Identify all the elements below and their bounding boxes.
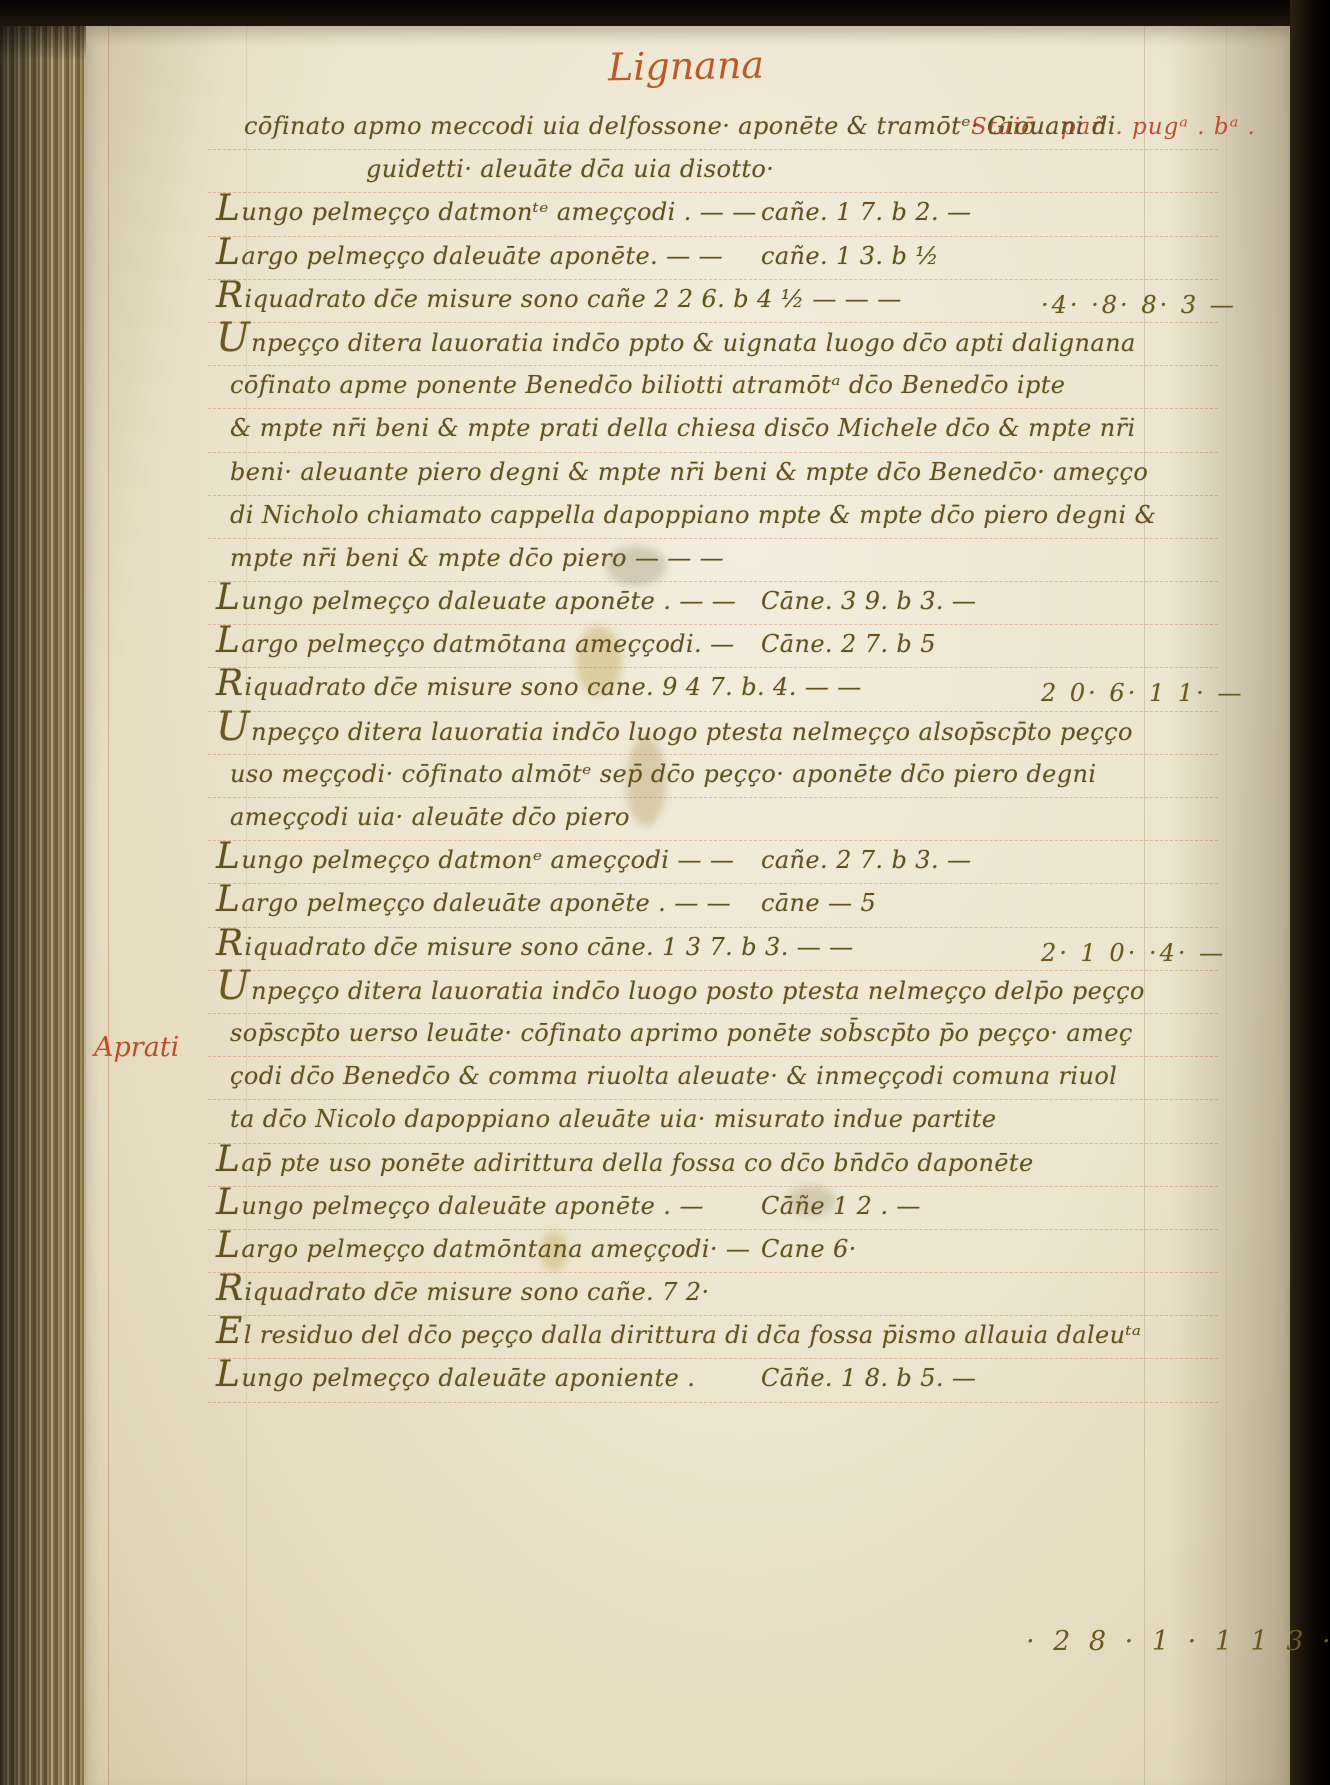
manuscript-line: Riquadrato dc̄e misure sono cañe. 7 2· <box>216 1278 1266 1321</box>
manuscript-line: uso meççodi· cōfinato almōtᵉ sep̄ dc̄o p… <box>216 760 1266 803</box>
manuscript-line: Largo pelmeçço datmōntana ameççodi· —Can… <box>216 1235 1266 1278</box>
left-ruling-line <box>108 26 109 1785</box>
manuscript-line: Unpeçço ditera lauoratia indc̄o ppto & u… <box>216 328 1266 371</box>
manuscript-line: Unpeçço ditera lauoratia indc̄o luogo po… <box>216 976 1266 1019</box>
manuscript-line: cōfinato apmo meccodi uia delfossone· ap… <box>216 112 1266 155</box>
manuscript-line: çodi dc̄o Benedc̄o & comma riuolta aleua… <box>216 1062 1266 1105</box>
manuscript-line: ta dc̄o Nicolo dapoppiano aleuāte uia· m… <box>216 1105 1266 1148</box>
manuscript-line: Unpeçço ditera lauoratia indc̄o luogo pt… <box>216 717 1266 760</box>
manuscript-line: beni· aleuante piero degni & mpte nr̄i b… <box>216 458 1266 501</box>
binding-top-edge <box>0 0 1330 26</box>
manuscript-line: & mpte nr̄i beni & mpte prati della chie… <box>216 414 1266 457</box>
manuscript-line: mpte nr̄i beni & mpte dc̄o piero — — — <box>216 544 1266 587</box>
manuscript-line: di Nicholo chiamato cappella dapoppiano … <box>216 501 1266 544</box>
parchment-page: Lignana Staiō . pañ . pugᵃ . bᵃ . Aprati… <box>86 26 1290 1785</box>
manuscript-line: Largo pelmeçço daleuāte aponēte . — —cān… <box>216 889 1266 932</box>
manuscript-line: Lungo pelmeçço daleuāte aponiente .Cāñe.… <box>216 1364 1266 1407</box>
manuscript-line: Riquadrato dc̄e misure sono cañe 2 2 6. … <box>216 285 1266 328</box>
manuscript-line: Lungo pelmeçço datmonᵗᵉ ameççodi . — —ca… <box>216 198 1266 241</box>
manuscript-line: ameççodi uia· aleuāte dc̄o piero <box>216 803 1266 846</box>
margin-note-aprati: Aprati <box>94 1032 179 1063</box>
bottom-totals: · 2 8 · 1 · 1 1 3 · <box>1026 1626 1330 1657</box>
manuscript-line: Lap̄ pte uso ponēte adirittura della fos… <box>216 1149 1266 1192</box>
text-block: cōfinato apmo meccodi uia delfossone· ap… <box>216 112 1266 1408</box>
manuscript-line: El residuo del dc̄o peçço dalla dirittur… <box>216 1321 1266 1364</box>
binding-right-edge <box>1290 0 1330 1785</box>
manuscript-line: cōfinato apme ponente Benedc̄o biliotti … <box>216 371 1266 414</box>
manuscript-line: sop̄scp̄to uerso leuāte· cōfinato aprimo… <box>216 1019 1266 1062</box>
manuscript-photo: Lignana Staiō . pañ . pugᵃ . bᵃ . Aprati… <box>0 0 1330 1785</box>
manuscript-line: Riquadrato dc̄e misure sono cāne. 1 3 7.… <box>216 933 1266 976</box>
manuscript-line: Lungo pelmeçço daleuāte aponēte . —Cāñe … <box>216 1192 1266 1235</box>
manuscript-line: guidetti· aleuāte dc̄a uia disotto· <box>216 155 1266 198</box>
manuscript-line: Lungo pelmeçço daleuate aponēte . — —Cān… <box>216 587 1266 630</box>
manuscript-line: Lungo pelmeçço datmonᵉ ameççodi — —cañe.… <box>216 846 1266 889</box>
book-page-edges <box>0 0 86 1785</box>
manuscript-line: Riquadrato dc̄e misure sono cane. 9 4 7.… <box>216 673 1266 716</box>
manuscript-line: Largo pelmeçço datmōtana ameççodi. —Cāne… <box>216 630 1266 673</box>
manuscript-line: Largo pelmeçço daleuāte aponēte. — —cañe… <box>216 242 1266 285</box>
page-title: Lignana <box>556 42 817 91</box>
